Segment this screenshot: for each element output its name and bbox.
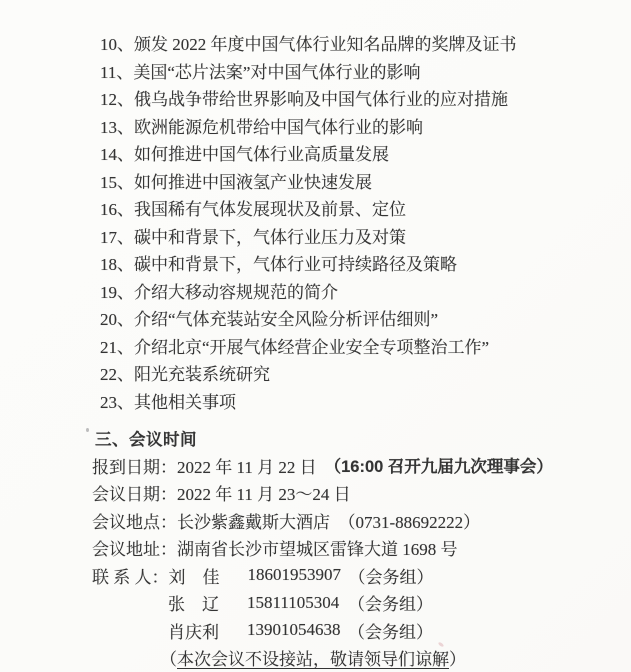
- detail-value: 长沙紫鑫戴斯大酒店 （0731-88692222）: [177, 508, 480, 533]
- agenda-item-22: 22、阳光充装系统研究: [100, 359, 631, 387]
- detail-row-meeting-venue: 会议地点：长沙紫鑫戴斯大酒店 （0731-88692222）: [92, 507, 631, 535]
- detail-label: 会议地址：: [92, 535, 177, 560]
- detail-value: 2022 年 11 月 23～24 日: [177, 480, 351, 505]
- contact-row: 肖庆利13901054638（会务组）: [92, 617, 631, 645]
- agenda-item-17: 17、碳中和背景下，气体行业压力及对策: [100, 222, 631, 250]
- agenda-item-18: 18、碳中和背景下，气体行业可持续路径及策略: [100, 249, 631, 277]
- scan-speck: [86, 428, 89, 432]
- detail-value: 湖南省长沙市望城区雷锋大道 1698 号: [177, 535, 458, 560]
- detail-label: 会议地点：: [92, 508, 177, 533]
- detail-value: 2022 年 11 月 22 日: [177, 453, 317, 478]
- footer-underlined-text: 本次会议不设接站，敬请领导们谅解: [177, 645, 449, 670]
- contacts-block: 联 系 人：刘 佳18601953907（会务组） 张 辽15811105304…: [92, 562, 631, 645]
- detail-row-checkin-date: 报到日期：2022 年 11 月 22 日（16:00 召开九届九次理事会）: [92, 452, 631, 480]
- agenda-item-11: 11、美国“芯片法案”对中国气体行业的影响: [100, 57, 631, 85]
- detail-label: 会议日期：: [92, 480, 177, 505]
- agenda-item-23: 23、其他相关事项: [100, 387, 631, 415]
- document-page: 10、颁发 2022 年度中国气体行业知名品牌的奖牌及证书 11、美国“芯片法案…: [0, 0, 631, 672]
- agenda-item-10: 10、颁发 2022 年度中国气体行业知名品牌的奖牌及证书: [100, 29, 631, 57]
- contact-name: 张 辽: [168, 590, 247, 615]
- agenda-item-16: 16、我国稀有气体发展现状及前景、定位: [100, 194, 631, 222]
- detail-highlight-board-meeting: （16:00 召开九届九次理事会）: [325, 453, 553, 477]
- agenda-item-21: 21、介绍北京“开展气体经营企业安全专项整治工作”: [100, 332, 631, 360]
- detail-label: 报到日期：: [92, 453, 177, 478]
- meeting-details: 报到日期：2022 年 11 月 22 日（16:00 召开九届九次理事会） 会…: [92, 452, 631, 562]
- section-heading-meeting-time: 三、会议时间: [95, 424, 631, 452]
- agenda-item-15: 15、如何推进中国液氢产业快速发展: [100, 167, 631, 195]
- scanned-document: { "colors": { "background": "#fbfbf9", "…: [0, 0, 631, 672]
- contact-note: （会务组）: [348, 590, 433, 615]
- agenda-list: 10、颁发 2022 年度中国气体行业知名品牌的奖牌及证书 11、美国“芯片法案…: [100, 0, 631, 414]
- footer-paren-close: ）: [449, 645, 466, 670]
- detail-row-meeting-address: 会议地址：湖南省长沙市望城区雷锋大道 1698 号: [92, 534, 631, 562]
- contact-name: 肖庆利: [168, 618, 247, 643]
- contact-row: 联 系 人：刘 佳18601953907（会务组）: [92, 562, 631, 590]
- contact-note: （会务组）: [349, 563, 434, 588]
- contact-row: 张 辽15811105304（会务组）: [92, 589, 631, 617]
- contact-phone: 18601953907: [248, 565, 349, 585]
- footer-paren-open: （: [160, 645, 177, 670]
- contact-phone: 13901054638: [247, 620, 348, 640]
- footer-note: （本次会议不设接站，敬请领导们谅解）: [160, 644, 631, 672]
- contact-phone: 15811105304: [247, 593, 348, 613]
- detail-row-meeting-date: 会议日期：2022 年 11 月 23～24 日: [92, 479, 631, 507]
- agenda-item-19: 19、介绍大移动容规规范的简介: [100, 277, 631, 305]
- agenda-item-14: 14、如何推进中国气体行业高质量发展: [100, 139, 631, 167]
- agenda-item-20: 20、介绍“气体充装站安全风险分析评估细则”: [100, 304, 631, 332]
- contact-name: 刘 佳: [169, 563, 248, 588]
- contacts-label: 联 系 人：: [92, 563, 169, 588]
- document-content: 10、颁发 2022 年度中国气体行业知名品牌的奖牌及证书 11、美国“芯片法案…: [0, 0, 631, 672]
- agenda-item-13: 13、欧洲能源危机带给中国气体行业的影响: [100, 112, 631, 140]
- contact-note: （会务组）: [348, 618, 433, 643]
- agenda-item-12: 12、俄乌战争带给世界影响及中国气体行业的应对措施: [100, 84, 631, 112]
